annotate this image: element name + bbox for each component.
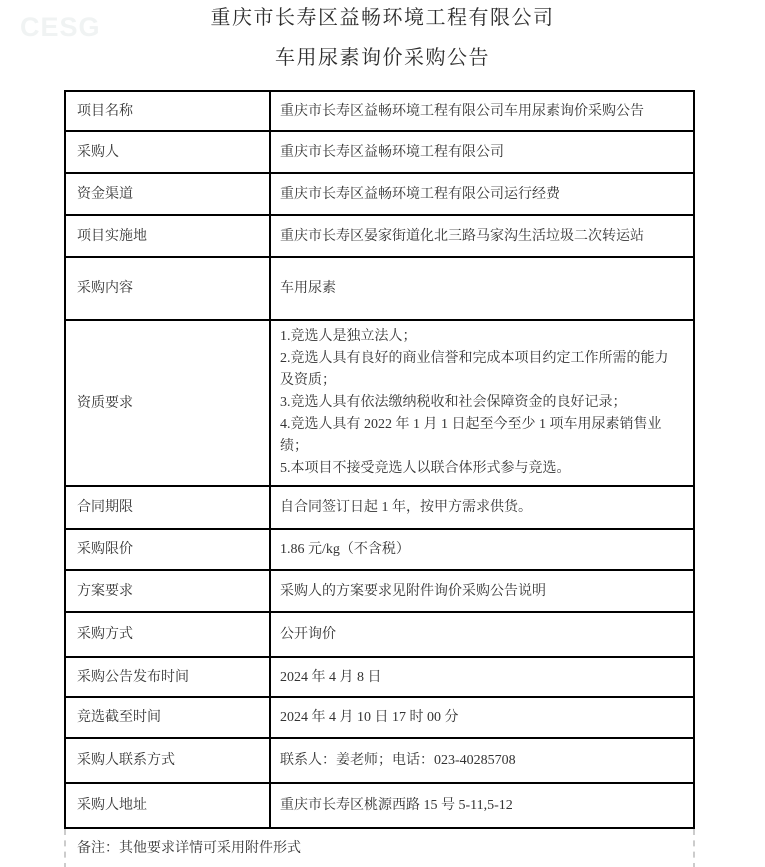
table-row-announcement-date: 采购公告发布时间 2024 年 4 月 8 日: [65, 657, 694, 697]
procurement-table: 项目名称 重庆市长寿区益畅环境工程有限公司车用尿素询价采购公告 采购人 重庆市长…: [64, 90, 695, 829]
table-row-funding-channel: 资金渠道 重庆市长寿区益畅环境工程有限公司运行经费: [65, 173, 694, 215]
purchaser-address-value: 重庆市长寿区桃源西路 15 号 5-11,5-12: [270, 783, 694, 828]
project-name-label: 项目名称: [65, 91, 270, 131]
table-row-qualification-requirements: 资质要求 1.竞选人是独立法人； 2.竞选人具有良好的商业信誉和完成本项目约定工…: [65, 320, 694, 486]
table-row-contract-term: 合同期限 自合同签订日起 1 年，按甲方需求供货。: [65, 486, 694, 529]
procurement-content-value: 车用尿素: [270, 257, 694, 320]
contact-info-value: 联系人：姜老师；电话：023-40285708: [270, 738, 694, 783]
procurement-method-value: 公开询价: [270, 612, 694, 657]
qualification-item-4: 4.竞选人具有 2022 年 1 月 1 日起至今至少 1 项车用尿素销售业绩；: [280, 414, 681, 458]
remarks-note: 备注：其他要求详情可采用附件形式: [64, 829, 695, 867]
qualification-requirements-label: 资质要求: [65, 320, 270, 486]
table-row-bidding-deadline: 竞选截至时间 2024 年 4 月 10 日 17 时 00 分: [65, 697, 694, 738]
qualification-item-2: 2.竞选人具有良好的商业信誉和完成本项目约定工作所需的能力及资质；: [280, 348, 681, 392]
funding-channel-value: 重庆市长寿区益畅环境工程有限公司运行经费: [270, 173, 694, 215]
purchaser-value: 重庆市长寿区益畅环境工程有限公司: [270, 131, 694, 173]
contact-info-label: 采购人联系方式: [65, 738, 270, 783]
purchaser-address-label: 采购人地址: [65, 783, 270, 828]
table-row-purchaser: 采购人 重庆市长寿区益畅环境工程有限公司: [65, 131, 694, 173]
document-title: 重庆市长寿区益畅环境工程有限公司: [0, 6, 765, 30]
table-row-procurement-content: 采购内容 车用尿素: [65, 257, 694, 320]
contract-term-label: 合同期限: [65, 486, 270, 529]
price-limit-label: 采购限价: [65, 529, 270, 570]
funding-channel-label: 资金渠道: [65, 173, 270, 215]
document-subtitle: 车用尿素询价采购公告: [0, 46, 765, 70]
table-row-purchaser-address: 采购人地址 重庆市长寿区桃源西路 15 号 5-11,5-12: [65, 783, 694, 828]
table-row-plan-requirements: 方案要求 采购人的方案要求见附件询价采购公告说明: [65, 570, 694, 612]
procurement-content-label: 采购内容: [65, 257, 270, 320]
price-limit-value: 1.86 元/kg（不含税）: [270, 529, 694, 570]
qualification-item-3: 3.竞选人具有依法缴纳税收和社会保障资金的良好记录；: [280, 392, 681, 414]
table-row-project-location: 项目实施地 重庆市长寿区晏家街道化北三路马家沟生活垃圾二次转运站: [65, 215, 694, 257]
project-location-label: 项目实施地: [65, 215, 270, 257]
project-location-value: 重庆市长寿区晏家街道化北三路马家沟生活垃圾二次转运站: [270, 215, 694, 257]
announcement-date-label: 采购公告发布时间: [65, 657, 270, 697]
bidding-deadline-value: 2024 年 4 月 10 日 17 时 00 分: [270, 697, 694, 738]
table-row-price-limit: 采购限价 1.86 元/kg（不含税）: [65, 529, 694, 570]
qualification-requirements-value: 1.竞选人是独立法人； 2.竞选人具有良好的商业信誉和完成本项目约定工作所需的能…: [270, 320, 694, 486]
document-page: { "watermark": "CESG", "title": { "line1…: [0, 0, 765, 867]
plan-requirements-value: 采购人的方案要求见附件询价采购公告说明: [270, 570, 694, 612]
bidding-deadline-label: 竞选截至时间: [65, 697, 270, 738]
announcement-date-value: 2024 年 4 月 8 日: [270, 657, 694, 697]
procurement-method-label: 采购方式: [65, 612, 270, 657]
cesg-watermark: CESG: [20, 12, 101, 43]
contract-term-value: 自合同签订日起 1 年，按甲方需求供货。: [270, 486, 694, 529]
qualification-item-5: 5.本项目不接受竞选人以联合体形式参与竞选。: [280, 458, 681, 480]
qualification-item-1: 1.竞选人是独立法人；: [280, 326, 681, 348]
table-row-project-name: 项目名称 重庆市长寿区益畅环境工程有限公司车用尿素询价采购公告: [65, 91, 694, 131]
table-row-contact-info: 采购人联系方式 联系人：姜老师；电话：023-40285708: [65, 738, 694, 783]
purchaser-label: 采购人: [65, 131, 270, 173]
project-name-value: 重庆市长寿区益畅环境工程有限公司车用尿素询价采购公告: [270, 91, 694, 131]
table-row-procurement-method: 采购方式 公开询价: [65, 612, 694, 657]
plan-requirements-label: 方案要求: [65, 570, 270, 612]
